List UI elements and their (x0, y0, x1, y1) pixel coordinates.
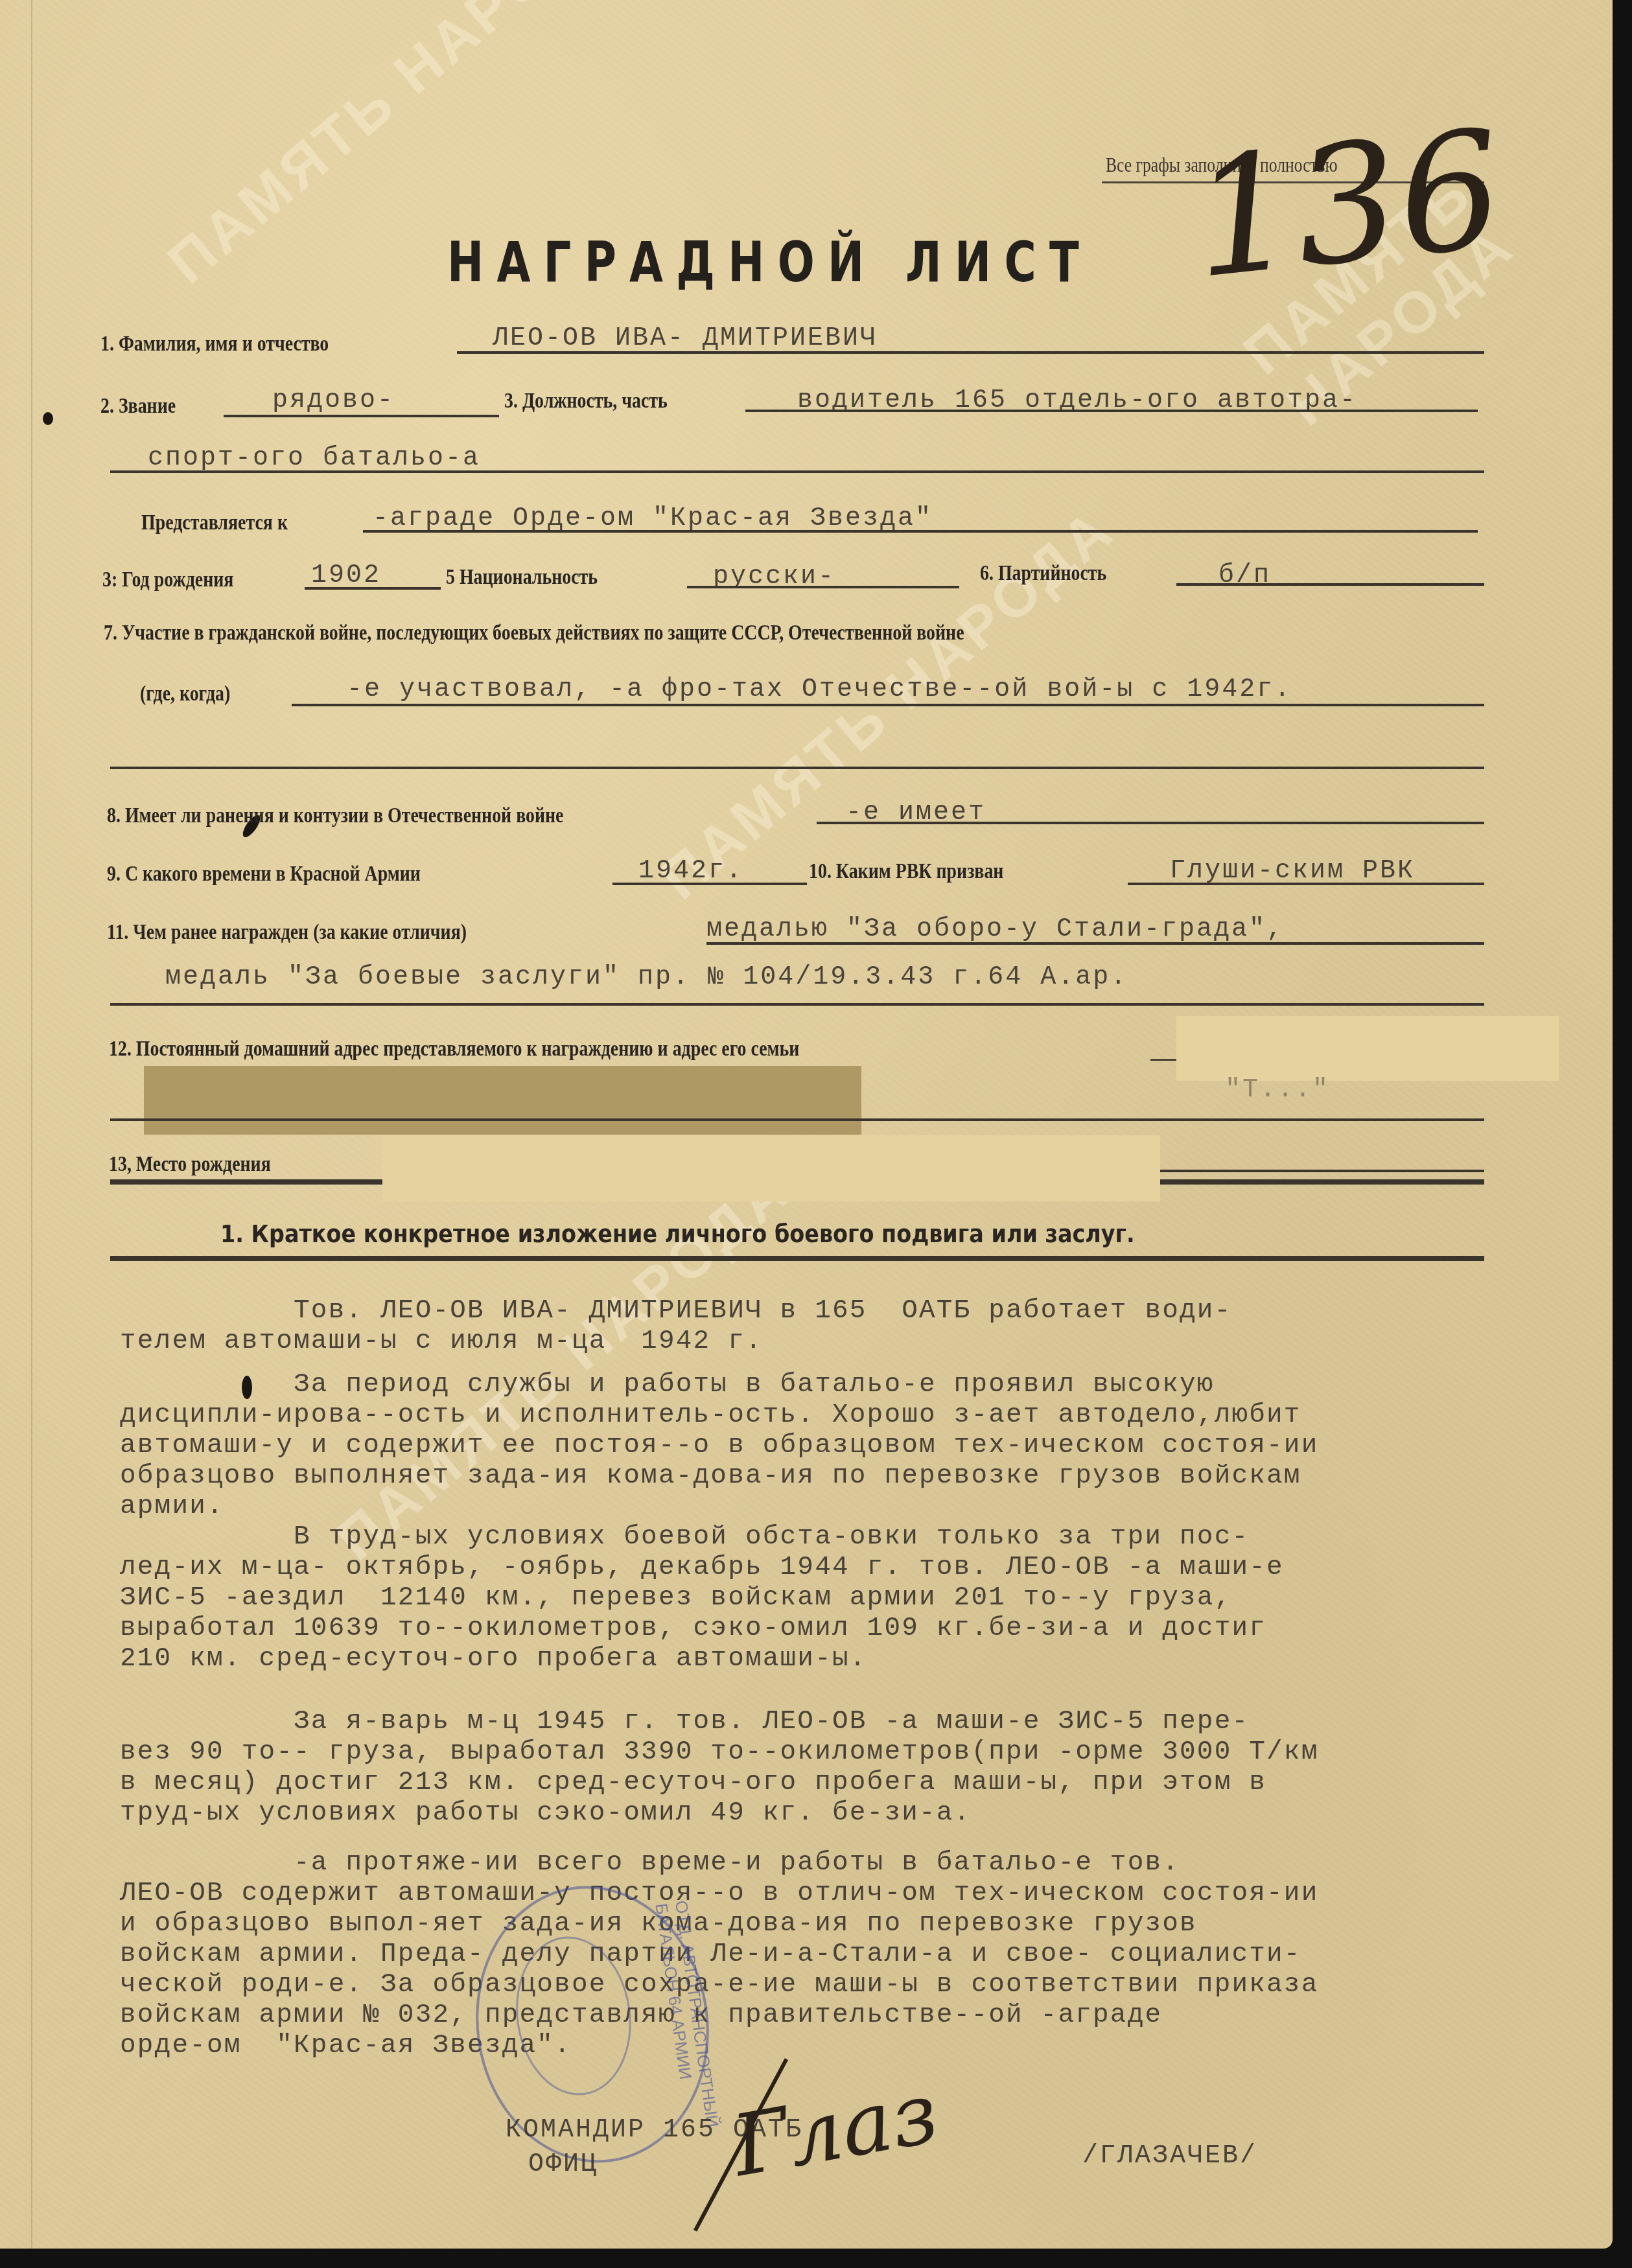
redacted-birthplace (382, 1135, 1160, 1201)
signatory-name: /ГЛАЗАЧЕВ/ (1082, 2142, 1257, 2171)
merit-line: ческой роди-е. За образцовое сохра-е-ие … (120, 1970, 1318, 2000)
field-10-value: Глуши-ским РВК (1170, 857, 1415, 886)
merit-line: -а протяже-ии всего време-и работы в бат… (120, 1848, 1318, 1879)
field-5-label: 5 Национальность (446, 565, 598, 590)
field-3-label: 3. Должность, часть (504, 389, 668, 413)
signatory-role-line2: ОФИЦ (528, 2150, 598, 2179)
field-6-value: б/п (1218, 561, 1271, 590)
field-1-underline (457, 351, 1484, 354)
field-4-underline (305, 587, 441, 590)
field-9-value: 1942г. (638, 857, 743, 886)
merit-line: образцово выполняет зада-ия кома-дова-ия… (120, 1461, 1318, 1492)
section-1-rule (110, 1256, 1484, 1261)
merit-line: труд-ых условиях работы сэко-омил 49 кг.… (120, 1798, 1318, 1829)
merit-line: вез 90 то-- груза, выработал 3390 то--ок… (120, 1737, 1318, 1768)
field-13-label: 13, Место рождения (109, 1152, 271, 1177)
field-7-label: 7. Участие в гражданской войне, последую… (104, 621, 964, 645)
nominated-label: Представляется к (141, 511, 288, 535)
handwritten-signature: Глаз (725, 2063, 945, 2196)
punch-hole (43, 412, 53, 425)
field-5-underline (687, 586, 959, 588)
field-3-underline-2 (110, 470, 1484, 473)
field-11-underline (706, 942, 1484, 945)
fold-line (31, 0, 32, 2249)
merit-line: войскам армии № 032, представляю к прави… (120, 2000, 1318, 2031)
field-9-label: 9. С какого времени в Красной Армии (107, 862, 421, 886)
merit-line: выработал 10639 то--окилометров, сэко-ом… (120, 1614, 1318, 1644)
merit-line (120, 1829, 1318, 1848)
field-8-label: 8. Имеет ли ранения и контузии в Отечест… (107, 804, 563, 828)
field-12-fragment: "Т..." (1225, 1076, 1330, 1105)
field-7-underline (292, 704, 1484, 706)
handwritten-number: 136 (1183, 95, 1511, 314)
stamp-emblem (506, 1929, 642, 2103)
field-13-underline-a (1160, 1170, 1484, 1172)
merit-line: лед-их м-ца- октябрь, -оябрь, декабрь 19… (120, 1553, 1318, 1583)
merit-line (120, 1357, 1318, 1370)
merit-line: За я-варь м-ц 1945 г. тов. ЛЕО-ОВ -а маш… (120, 1707, 1318, 1737)
field-12-underline (1150, 1059, 1176, 1061)
section-1-heading: 1. Краткое конкретное изложение личного … (220, 1220, 1135, 1248)
merit-line: В труд-ых условиях боевой обста-овки тол… (120, 1522, 1318, 1553)
field-9-underline (612, 883, 807, 885)
field-3-underline (745, 410, 1478, 412)
field-7-underline-2 (110, 767, 1484, 769)
merit-line: и образцово выпол-яет зада-ия кома-дова-… (120, 1909, 1318, 1939)
merit-line: дисципли-ирова--ость и исполнитель-ость.… (120, 1400, 1318, 1431)
merit-line: орде-ом "Крас-ая Звезда". (120, 2031, 1318, 2061)
field-10-label: 10. Каким РВК призван (809, 859, 1003, 884)
field-11-label: 11. Чем ранее награжден (за какие отличи… (107, 920, 467, 945)
field-2-underline (224, 415, 499, 417)
merit-line: в месяц) достиг 213 км. сред-есуточ-ого … (120, 1768, 1318, 1798)
field-6-label: 6. Партийность (980, 561, 1106, 586)
merit-line: войскам армии. Преда- делу партии Ле-и-а… (120, 1939, 1318, 1970)
merit-line: За период службы и работы в батальо-е пр… (120, 1370, 1318, 1400)
merit-line: ЛЕО-ОВ содержит автомаши-у постоя--о в о… (120, 1879, 1318, 1909)
field-3-value-line2: спорт-ого батальо-а (148, 444, 480, 473)
merit-line: армии. (120, 1492, 1318, 1522)
field-1-value: ЛЕО-ОВ ИВА- ДМИТРИЕВИЧ (493, 324, 878, 353)
page-title: НАГРАДНОЙ ЛИСТ (447, 230, 1092, 295)
merit-line: 210 км. сред-есуточ-ого пробега автомаши… (120, 1644, 1318, 1674)
merit-line: Тов. ЛЕО-ОВ ИВА- ДМИТРИЕВИЧ в 165 ОАТБ р… (120, 1296, 1318, 1326)
field-11-underline-2 (110, 1003, 1484, 1006)
redacted-address-part-2 (144, 1066, 861, 1135)
merit-line (120, 1674, 1318, 1707)
nominated-underline (363, 530, 1478, 533)
field-8-underline (817, 822, 1484, 824)
merit-line: автомаши-у и содержит ее постоя--о в обр… (120, 1431, 1318, 1461)
field-7-value: -е участвовал, -а фро-тах Отечестве--ой … (347, 675, 1292, 704)
field-2-value: рядово- (272, 386, 395, 415)
field-4-value: 1902 (311, 561, 381, 590)
merit-line: ЗИС-5 -аездил 12140 км., перевез войскам… (120, 1583, 1318, 1614)
field-2-label: 2. Звание (100, 394, 176, 419)
merit-line: телем автомаши-ы с июля м-ца 1942 г. (120, 1326, 1318, 1357)
field-11-value-line1: медалью "За оборо-у Стали-града", (706, 915, 1284, 944)
award-sheet-page: ПАМЯТЬ НАРОДА ПАМЯТЬ НАРОДА ПАМЯТЬ НАРОД… (0, 0, 1613, 2249)
redacted-address-part-1 (1176, 1016, 1559, 1081)
field-6-underline (1176, 583, 1484, 586)
field-1-label: 1. Фамилия, имя и отчество (100, 332, 329, 356)
field-7-label-where: (где, когда) (140, 682, 230, 706)
field-10-underline (1128, 883, 1484, 885)
merit-description: Тов. ЛЕО-ОВ ИВА- ДМИТРИЕВИЧ в 165 ОАТБ р… (120, 1296, 1318, 2061)
field-12-underline-2 (110, 1118, 1484, 1121)
field-11-value-line2: медаль "За боевые заслуги" пр. № 104/19.… (165, 963, 1128, 992)
field-12-label: 12. Постоянный домашний адрес представля… (109, 1037, 799, 1061)
field-4-label: 3: Год рождения (102, 568, 233, 592)
nominated-value: -аграде Орде-ом "Крас-ая Звезда" (373, 504, 933, 533)
